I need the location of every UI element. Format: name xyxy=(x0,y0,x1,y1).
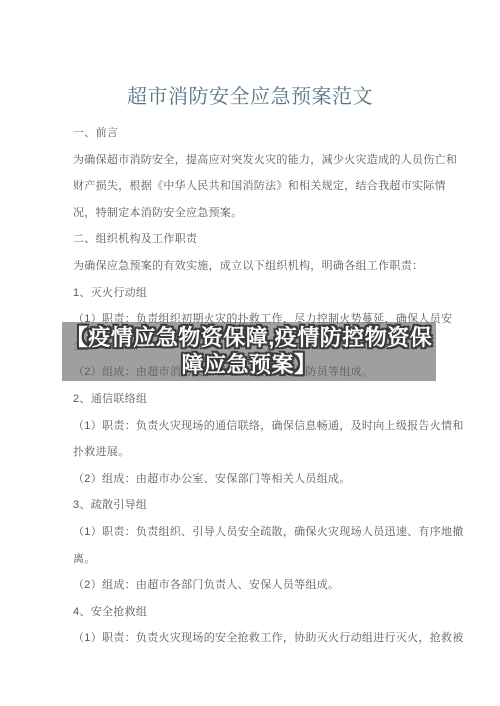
watermark-line-2: 障应急预案】 xyxy=(62,351,436,378)
doc-subheading-rescue-group: 4、安全抢救组 xyxy=(73,599,445,626)
doc-subheading-communication-group: 2、通信联络组 xyxy=(73,386,445,413)
doc-line: （1）职责：负责组织、引导人员安全疏散，确保火灾现场人员迅速、有序地撤 xyxy=(73,519,445,546)
document-page: 超市消防安全应急预案范文 一、前言 为确保超市消防安全，提高应对突发火灾的能力，… xyxy=(0,0,500,706)
doc-subheading-firefighting-group: 1、灭火行动组 xyxy=(73,280,445,307)
doc-line: （1）职责：负责火灾现场的安全抢救工作，协助灭火行动组进行灭火，抢救被 xyxy=(73,625,445,652)
overlay-watermark-banner: 【疫情应急物资保障,疫情防控物资保 障应急预案】 xyxy=(62,322,436,381)
doc-line: 为确保超市消防安全，提高应对突发火灾的能力，减少火灾造成的人员伤亡和 xyxy=(73,147,445,174)
doc-line: 扑救进展。 xyxy=(73,439,445,466)
doc-line: 离。 xyxy=(73,546,445,573)
doc-subheading-evacuation-group: 3、疏散引导组 xyxy=(73,492,445,519)
doc-line: （2）组成：由超市各部门负责人、安保人员等组成。 xyxy=(73,572,445,599)
doc-heading-preface: 一、前言 xyxy=(73,120,445,147)
document-body: 一、前言 为确保超市消防安全，提高应对突发火灾的能力，减少火灾造成的人员伤亡和 … xyxy=(73,120,445,652)
doc-line: 财产损失，根据《中华人民共和国消防法》和相关规定，结合我超市实际情 xyxy=(73,173,445,200)
doc-line: （2）组成：由超市办公室、安保部门等相关人员组成。 xyxy=(73,466,445,493)
doc-line: （1）职责：负责火灾现场的通信联络，确保信息畅通，及时向上级报告火情和 xyxy=(73,413,445,440)
doc-heading-organization: 二、组织机构及工作职责 xyxy=(73,226,445,253)
document-title: 超市消防安全应急预案范文 xyxy=(0,82,500,112)
doc-line: 为确保应急预案的有效实施，成立以下组织机构，明确各组工作职责： xyxy=(73,253,445,280)
watermark-line-1: 【疫情应急物资保障,疫情防控物资保 xyxy=(62,324,436,351)
doc-line: 况，特制定本消防安全应急预案。 xyxy=(73,200,445,227)
